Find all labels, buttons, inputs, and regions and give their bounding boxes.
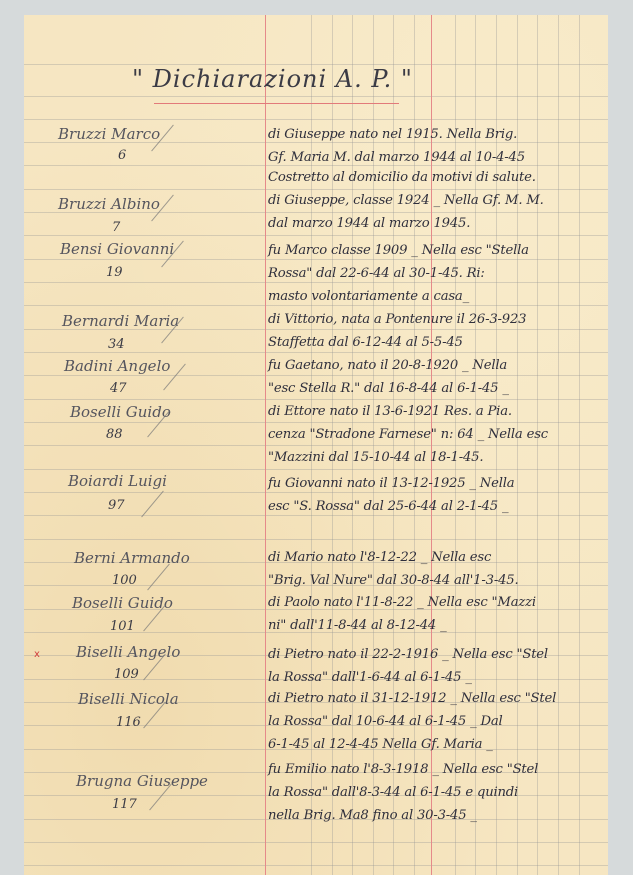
ruled-line xyxy=(24,842,608,843)
title-underline xyxy=(154,103,399,104)
entry-name: Badini Angelo xyxy=(64,357,170,375)
ruled-line xyxy=(24,375,608,376)
entry-number: 6 xyxy=(118,148,126,163)
entry-text-line: "Brig. Val Nure" dal 30-8-44 all'1-3-45. xyxy=(268,573,518,588)
entry-text-line: ni" dall'11-8-44 al 8-12-44 _ xyxy=(268,618,447,633)
entry-text-line: nella Brig. Ma8 fino al 30-3-45 _ xyxy=(268,808,477,823)
entry-number: 34 xyxy=(108,337,125,352)
entry-text-line: la Rossa" dall'8-3-44 al 6-1-45 e quindi xyxy=(268,785,518,800)
entry-text-line: masto volontariamente a casa_ xyxy=(268,289,469,304)
entry-text-line: Gf. Maria M. dal marzo 1944 al 10-4-45 xyxy=(268,150,525,165)
ruled-line xyxy=(24,352,608,353)
entry-text-line: di Vittorio, nata a Pontenure il 26-3-92… xyxy=(268,312,526,327)
grid-line xyxy=(558,15,559,875)
entry-text-line: "Mazzini dal 15-10-44 al 18-1-45. xyxy=(268,450,483,465)
grid-line xyxy=(579,15,580,875)
ruled-line xyxy=(24,539,608,540)
entry-text-line: "esc Stella R." dal 16-8-44 al 6-1-45 _ xyxy=(268,381,509,396)
notebook-page: " Dichiarazioni A. P. " Bruzzi Marco 6 d… xyxy=(24,15,608,875)
grid-line xyxy=(537,15,538,875)
entry-name: Bensi Giovanni xyxy=(60,240,174,258)
ruled-line xyxy=(24,515,608,516)
entry-text-line: Rossa" dal 22-6-44 al 30-1-45. Ri: xyxy=(268,266,485,281)
entry-name: Boselli Guido xyxy=(70,403,171,421)
ruled-line xyxy=(24,165,608,166)
entry-text-line: fu Giovanni nato il 13-12-1925 _ Nella xyxy=(268,476,514,491)
ruled-line xyxy=(24,305,608,306)
entry-text-line: Staffetta dal 6-12-44 al 5-5-45 xyxy=(268,335,463,350)
entry-text-line: la Rossa" dal 10-6-44 al 6-1-45 _ Dal xyxy=(268,714,503,729)
entry-name: Bruzzi Marco xyxy=(58,125,160,143)
entry-name: Berni Armando xyxy=(74,549,190,567)
entry-number: 47 xyxy=(110,381,127,396)
entry-text-line: 6-1-45 al 12-4-45 Nella Gf. Maria _ xyxy=(268,737,493,752)
entry-name: Biselli Angelo xyxy=(76,643,180,661)
entry-name: Biselli Nicola xyxy=(78,690,179,708)
entry-number: 109 xyxy=(114,667,139,682)
entry-number: 88 xyxy=(106,427,123,442)
entry-text-line: di Mario nato l'8-12-22 _ Nella esc xyxy=(268,550,491,565)
ruled-line xyxy=(24,422,608,423)
entry-number: 117 xyxy=(112,797,137,812)
entry-text-line: di Pietro nato il 22-2-1916 _ Nella esc … xyxy=(268,647,548,662)
entry-name: Brugna Giuseppe xyxy=(76,772,208,790)
ruled-line xyxy=(24,492,608,493)
check-mark xyxy=(147,564,170,591)
entry-number: 116 xyxy=(116,715,141,730)
ruled-line xyxy=(24,445,608,446)
entry-text-line: dal marzo 1944 al marzo 1945. xyxy=(268,216,470,231)
check-mark xyxy=(141,491,164,518)
ruled-line xyxy=(24,865,608,866)
entry-number: 97 xyxy=(108,498,125,513)
entry-text-line: di Ettore nato il 13-6-1921 Res. a Pia. xyxy=(268,404,512,419)
ruled-line xyxy=(24,399,608,400)
entry-text-line: di Giuseppe, classe 1924 _ Nella Gf. M. … xyxy=(268,193,544,208)
entry-text-line: fu Marco classe 1909 _ Nella esc "Stella xyxy=(268,243,529,258)
entry-number: 101 xyxy=(110,619,135,634)
ruled-line xyxy=(24,282,608,283)
entry-text-line: fu Gaetano, nato il 20-8-1920 _ Nella xyxy=(268,358,507,373)
grid-line xyxy=(517,15,518,875)
entry-number: 19 xyxy=(106,265,123,280)
entry-text-line: di Giuseppe nato nel 1915. Nella Brig. xyxy=(268,127,517,142)
entry-text-line: di Paolo nato l'11-8-22 _ Nella esc "Maz… xyxy=(268,595,536,610)
entry-number: 100 xyxy=(112,573,137,588)
page-title: " Dichiarazioni A. P. " xyxy=(132,65,413,93)
margin-x-mark: x xyxy=(34,649,40,660)
entry-text-line: cenza "Stradone Farnese" n: 64 _ Nella e… xyxy=(268,427,548,442)
grid-line xyxy=(496,15,497,875)
entry-text-line: fu Emilio nato l'8-3-1918 _ Nella esc "S… xyxy=(268,762,538,777)
entry-number: 7 xyxy=(112,220,120,235)
ruled-line xyxy=(24,259,608,260)
entry-text-line: esc "S. Rossa" dal 25-6-44 al 2-1-45 _ xyxy=(268,499,508,514)
entry-name: Bruzzi Albino xyxy=(58,195,160,213)
entry-name: Boselli Guido xyxy=(72,594,173,612)
ruled-line xyxy=(24,235,608,236)
ruled-line xyxy=(24,96,608,97)
entry-text-line: la Rossa" dall'1-6-44 al 6-1-45 _ xyxy=(268,670,472,685)
entry-name: Bernardi Maria xyxy=(62,312,179,330)
entry-text-line: Costretto al domicilio da motivi di salu… xyxy=(268,170,536,185)
margin-line xyxy=(265,15,266,875)
entry-name: Boiardi Luigi xyxy=(68,472,167,490)
ruled-line xyxy=(24,469,608,470)
ruled-line xyxy=(24,189,608,190)
ruled-line xyxy=(24,119,608,120)
entry-text-line: di Pietro nato il 31-12-1912 _ Nella esc… xyxy=(268,691,556,706)
